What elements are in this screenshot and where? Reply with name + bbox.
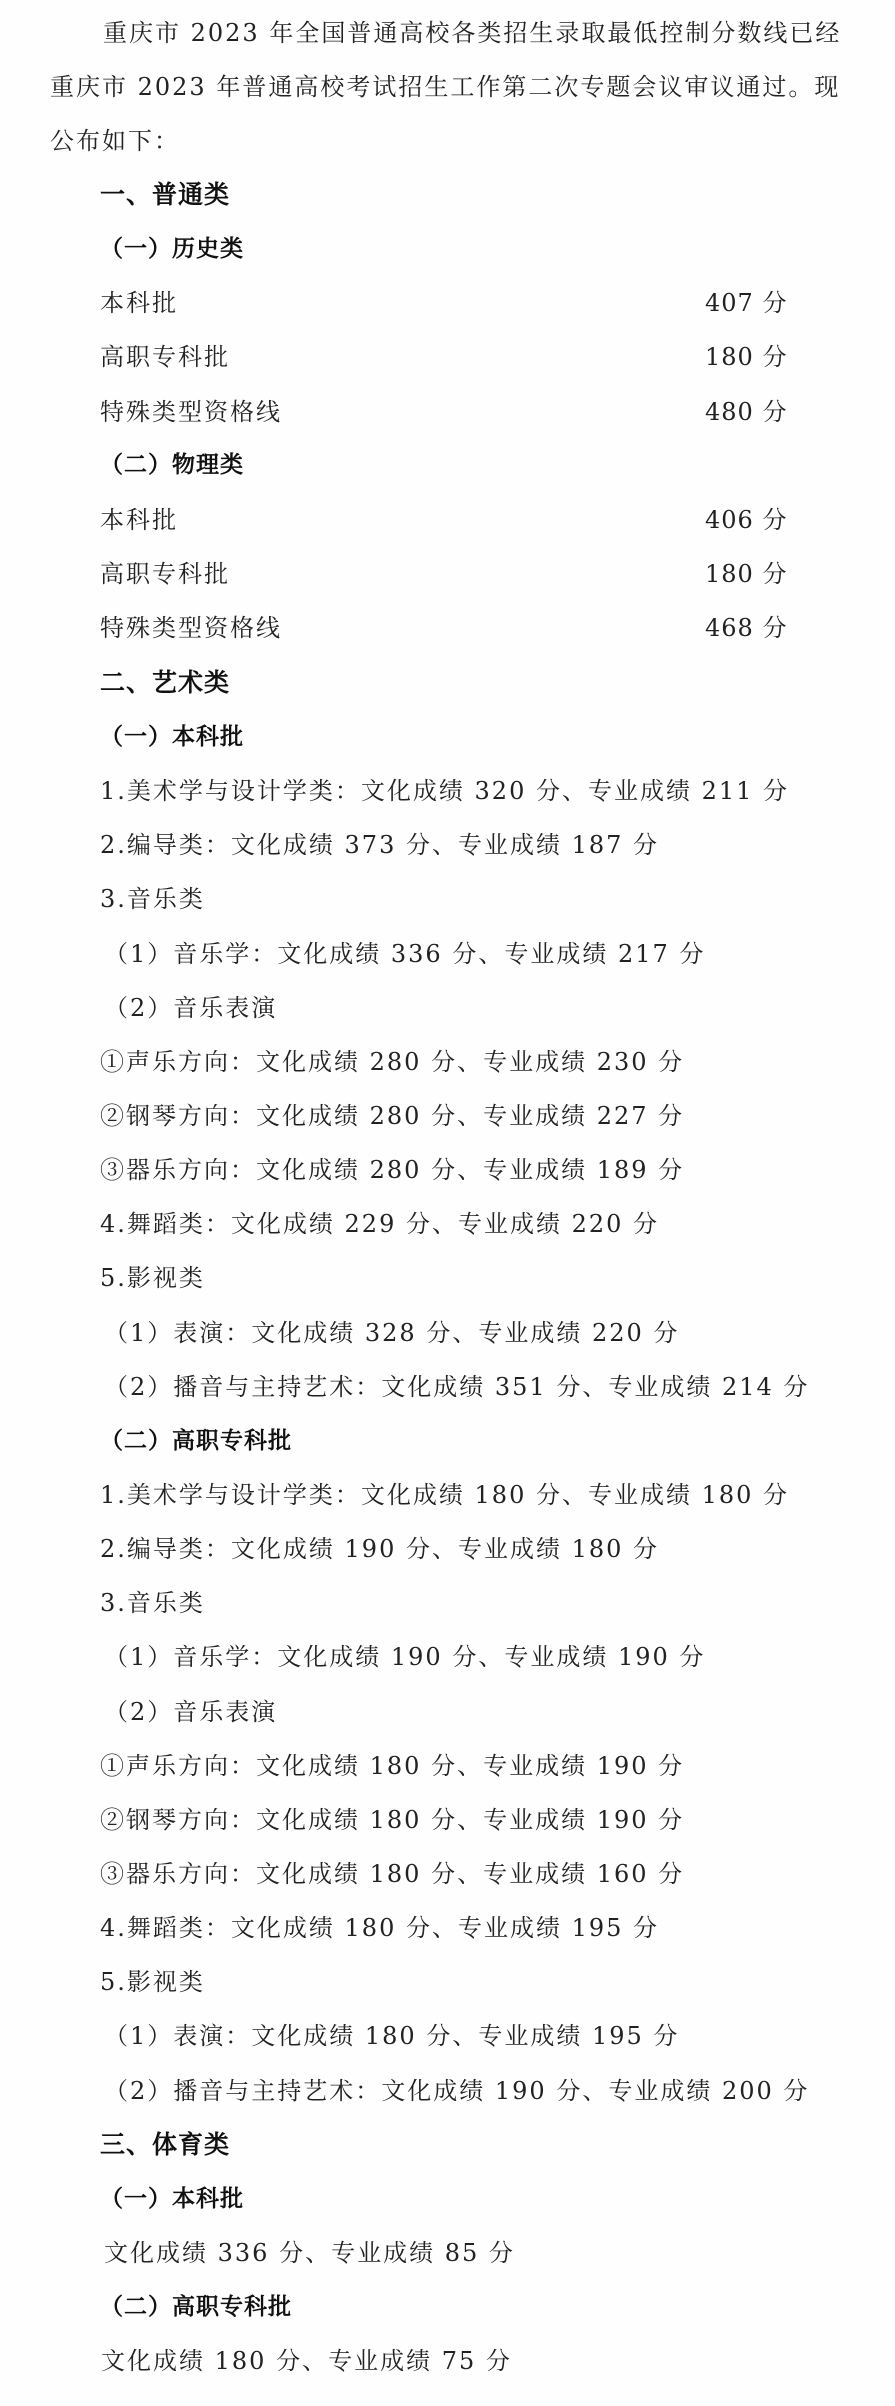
sports-vocational-heading: （二）高职专科批 [100,2280,292,2334]
art-vocational-line: ②钢琴方向：文化成绩 180 分、专业成绩 190 分 [100,1793,684,1847]
history-vocational-score: 180 分 [705,330,787,384]
physics-undergrad-label: 本科批 [100,493,178,547]
intro-line-1: 重庆市 2023 年全国普通高校各类招生录取最低控制分数线已经 [103,6,841,60]
art-vocational-line: （2）音乐表演 [104,1685,277,1739]
subsection-physics-heading: （二）物理类 [100,438,244,492]
sports-vocational-line: 文化成绩 180 分、专业成绩 75 分 [101,2334,512,2388]
art-vocational-line: （1）音乐学：文化成绩 190 分、专业成绩 190 分 [104,1630,705,1684]
history-undergrad-label: 本科批 [100,276,178,330]
art-vocational-line: 3.音乐类 [100,1576,205,1630]
art-vocational-line: 2.编导类：文化成绩 190 分、专业成绩 180 分 [100,1522,659,1576]
art-undergrad-line: （1）音乐学：文化成绩 336 分、专业成绩 217 分 [104,927,705,981]
physics-special-label: 特殊类型资格线 [100,601,282,655]
art-undergrad-line: ①声乐方向：文化成绩 280 分、专业成绩 230 分 [100,1035,684,1089]
art-vocational-line: ③器乐方向：文化成绩 180 分、专业成绩 160 分 [100,1847,684,1901]
section-art-heading: 二、艺术类 [100,656,230,710]
art-vocational-line: 1.美术学与设计学类：文化成绩 180 分、专业成绩 180 分 [100,1468,789,1522]
history-special-score: 480 分 [705,385,787,439]
art-undergrad-line: 3.音乐类 [100,872,205,926]
history-undergrad-score: 407 分 [705,276,787,330]
art-undergrad-line: （2）音乐表演 [104,981,277,1035]
art-vocational-line: 4.舞蹈类：文化成绩 180 分、专业成绩 195 分 [100,1901,659,1955]
art-undergrad-line: 5.影视类 [100,1251,205,1305]
subsection-history-heading: （一）历史类 [100,222,244,276]
section-sports-heading: 三、体育类 [100,2118,230,2172]
art-vocational-line: （2）播音与主持艺术：文化成绩 190 分、专业成绩 200 分 [104,2064,809,2118]
history-special-label: 特殊类型资格线 [100,385,282,439]
art-vocational-line: ①声乐方向：文化成绩 180 分、专业成绩 190 分 [100,1739,684,1793]
art-vocational-heading: （二）高职专科批 [100,1414,292,1468]
art-undergrad-heading: （一）本科批 [100,710,244,764]
intro-line-3: 公布如下： [50,114,180,168]
sports-undergrad-heading: （一）本科批 [100,2172,244,2226]
art-undergrad-line: 2.编导类：文化成绩 373 分、专业成绩 187 分 [100,818,659,872]
section-general-heading: 一、普通类 [100,168,230,222]
sports-undergrad-line: 文化成绩 336 分、专业成绩 85 分 [104,2226,515,2280]
physics-special-score: 468 分 [705,601,787,655]
art-undergrad-line: ②钢琴方向：文化成绩 280 分、专业成绩 227 分 [100,1089,684,1143]
art-undergrad-line: 1.美术学与设计学类：文化成绩 320 分、专业成绩 211 分 [100,764,789,818]
art-undergrad-line: （2）播音与主持艺术：文化成绩 351 分、专业成绩 214 分 [104,1360,809,1414]
art-undergrad-line: ③器乐方向：文化成绩 280 分、专业成绩 189 分 [100,1143,684,1197]
art-vocational-line: 5.影视类 [100,1955,205,2009]
physics-vocational-score: 180 分 [705,547,787,601]
art-undergrad-line: （1）表演：文化成绩 328 分、专业成绩 220 分 [104,1306,679,1360]
physics-undergrad-score: 406 分 [705,493,787,547]
physics-vocational-label: 高职专科批 [100,547,230,601]
history-vocational-label: 高职专科批 [100,330,230,384]
art-vocational-line: （1）表演：文化成绩 180 分、专业成绩 195 分 [104,2009,679,2063]
score-notice-document: 重庆市 2023 年全国普通高校各类招生录取最低控制分数线已经 重庆市 2023… [0,0,895,2406]
art-undergrad-line: 4.舞蹈类：文化成绩 229 分、专业成绩 220 分 [100,1197,659,1251]
intro-line-2: 重庆市 2023 年普通高校考试招生工作第二次专题会议审议通过。现 [50,60,840,114]
